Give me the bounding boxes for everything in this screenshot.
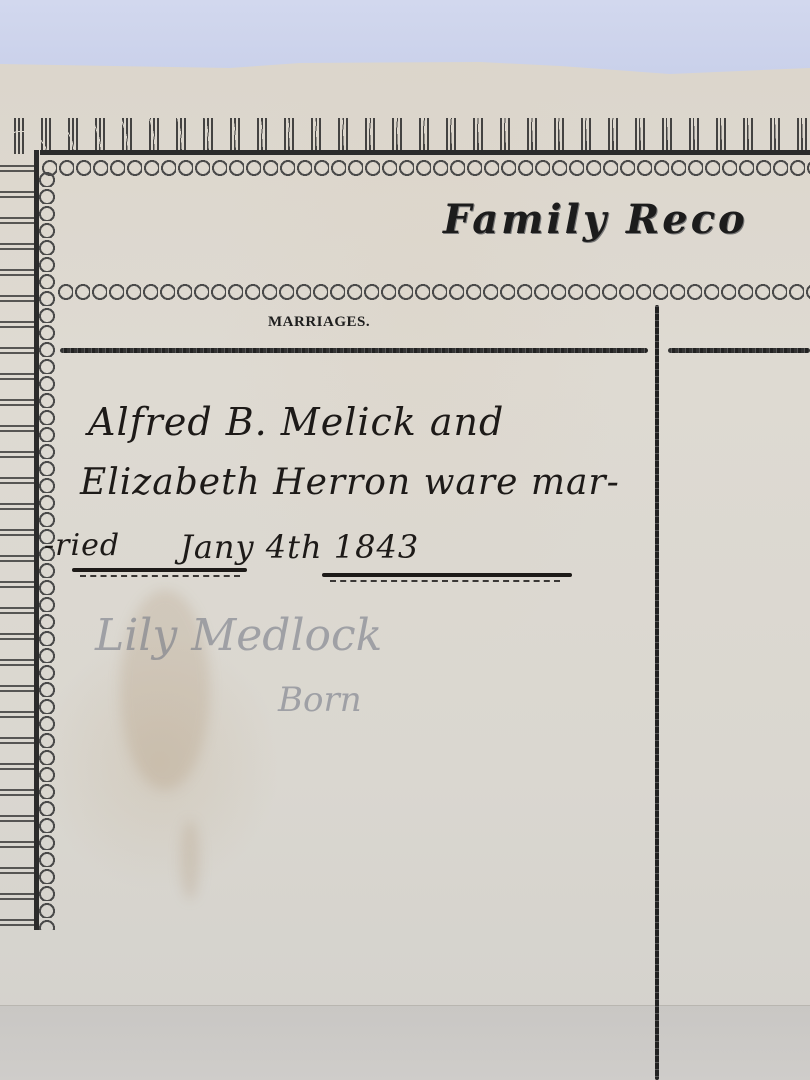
age-stain [180, 820, 200, 900]
section-heading-marriages: MARRIAGES. [268, 314, 370, 331]
marriage-entry-date: Jany 4th 1843 [180, 528, 419, 566]
border-rule-top [40, 150, 810, 155]
marriage-entry-line3a: -ried [44, 528, 120, 563]
ornamental-fan-border-left [0, 150, 38, 930]
pencil-note-name: Lily Medlock [95, 610, 382, 661]
heading-rule [60, 348, 648, 353]
flourish-dash [330, 580, 560, 582]
document-title: Family Reco [443, 196, 748, 243]
chain-border-title-divider [56, 281, 810, 303]
flourish-underline [72, 568, 247, 572]
marriage-entry-line1: Alfred B. Melick and [88, 400, 504, 444]
paper-fold [0, 1005, 810, 1080]
flourish-dash [80, 575, 240, 577]
flourish-underline [322, 573, 572, 577]
heading-rule-right [668, 348, 810, 353]
marriage-entry-line2: Elizabeth Herron ware mar- [80, 462, 620, 503]
pencil-note-born: Born [278, 680, 362, 720]
ornamental-fan-border-top [8, 118, 810, 154]
column-divider [655, 305, 659, 1080]
chain-border-top [40, 157, 810, 179]
